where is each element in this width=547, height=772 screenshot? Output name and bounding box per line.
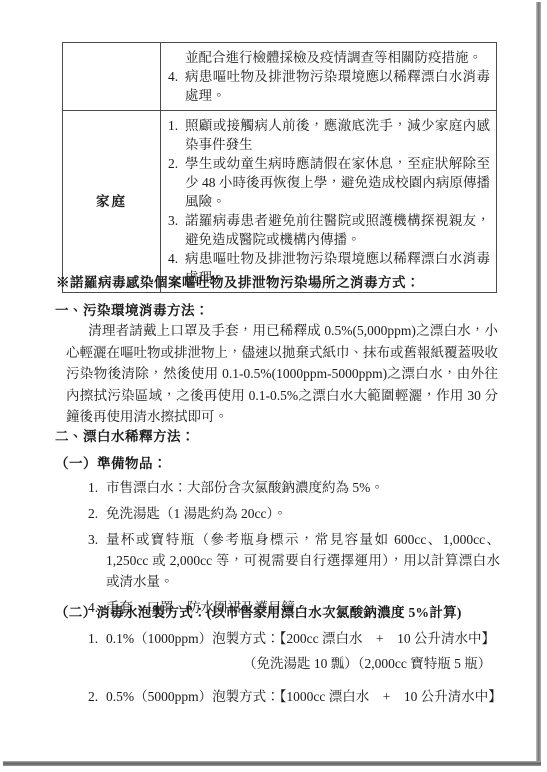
row-content-cell: 並配合進行檢體採檢及疫情調查等相關防疫措施。 4. 病患嘔吐物及排泄物污染環境應… <box>161 43 497 111</box>
item-text: 並配合進行檢體採檢及疫情調查等相關防疫措施。 <box>185 48 490 67</box>
item-number: 1. <box>88 477 106 498</box>
dilution-recipes-list: 1. 0.1%（1000ppm）泡製方式：【200cc 漂白水 + 10 公升清… <box>88 628 508 707</box>
list-item: 1. 市售漂白水：大部份含次氯酸鈉濃度約為 5%。 <box>88 477 500 498</box>
list-item: 1. 0.1%（1000ppm）泡製方式：【200cc 漂白水 + 10 公升清… <box>88 628 508 649</box>
doc-title: ※諾羅病毒感染個案嘔吐物及排泄物污染場所之消毒方式： <box>56 271 420 291</box>
item-text: 照顧或接觸病人前後，應澈底洗手，減少家庭內感染事件發生 <box>185 116 490 154</box>
spacer <box>88 674 508 686</box>
sub1-heading: （一）準備物品： <box>55 452 167 472</box>
section1-heading: 一、污染環境消毒方法： <box>55 299 209 319</box>
item-text: 諾羅病毒患者避免前往醫院或照護機構探視親友，避免造成醫院或機構內傳播。 <box>185 211 490 249</box>
row-content-cell: 1. 照顧或接觸病人前後，應澈底洗手，減少家庭內感染事件發生 2. 學生或幼童生… <box>161 111 497 293</box>
table-row-family: 家庭 1. 照顧或接觸病人前後，應澈底洗手，減少家庭內感染事件發生 2. 學生或… <box>63 111 497 293</box>
row-header-cell-empty <box>63 43 161 111</box>
item-number: 3. <box>168 211 185 249</box>
section1-paragraph: 清理者請戴上口罩及手套，用已稀釋成 0.5%(5,000ppm)之漂白水，小心輕… <box>66 320 498 428</box>
item-number: 3. <box>88 529 106 592</box>
table-list-item: 3. 諾羅病毒患者避免前往醫院或照護機構探視親友，避免造成醫院或機構內傳播。 <box>168 211 490 249</box>
item-number: 1. <box>168 116 185 154</box>
list-item: 3. 量杯或寶特瓶（參考瓶身標示，常見容量如 600cc、1,000cc、1,2… <box>88 529 500 592</box>
table-list-item: 2. 學生或幼童生病時應請假在家休息，至症狀解除至少 48 小時後再恢復上學，避… <box>168 154 490 211</box>
item-text: 免洗湯匙（1 湯匙約為 20cc）。 <box>106 503 500 524</box>
list-item: 2. 免洗湯匙（1 湯匙約為 20cc）。 <box>88 503 500 524</box>
item-number: 2. <box>88 503 106 524</box>
section2-heading: 二、漂白水稀釋方法： <box>55 425 195 445</box>
page-shadow-bottom <box>3 761 541 766</box>
sub2-heading: （二）消毒水泡製方式：(以市售家用漂白水次氯酸鈉濃度 5%計算) <box>55 601 462 621</box>
list-item: 2. 0.5%（5000ppm）泡製方式：【1000cc 漂白水 + 10 公升… <box>88 686 508 707</box>
table-list-item: 4. 病患嘔吐物及排泄物污染環境應以稀釋漂白水消毒處理。 <box>168 67 490 105</box>
item-text: 學生或幼童生病時應請假在家休息，至症狀解除至少 48 小時後再恢復上學，避免造成… <box>185 154 490 211</box>
table-list-item: 1. 照顧或接觸病人前後，應澈底洗手，減少家庭內感染事件發生 <box>168 116 490 154</box>
item-text: 量杯或寶特瓶（參考瓶身標示，常見容量如 600cc、1,000cc、1,250c… <box>106 529 500 592</box>
item-text: 0.5%（5000ppm）泡製方式：【1000cc 漂白水 + 10 公升清水中… <box>106 686 508 707</box>
table-row-continuation: 並配合進行檢體採檢及疫情調查等相關防疫措施。 4. 病患嘔吐物及排泄物污染環境應… <box>63 43 497 111</box>
item-number: 4. <box>168 67 185 105</box>
item-text: 市售漂白水：大部份含次氯酸鈉濃度約為 5%。 <box>106 477 500 498</box>
item-number: 1. <box>88 628 106 649</box>
guidance-table: 並配合進行檢體採檢及疫情調查等相關防疫措施。 4. 病患嘔吐物及排泄物污染環境應… <box>62 42 497 293</box>
item-text: 0.1%（1000ppm）泡製方式：【200cc 漂白水 + 10 公升清水中】 <box>106 628 508 649</box>
document-page: 並配合進行檢體採檢及疫情調查等相關防疫措施。 4. 病患嘔吐物及排泄物污染環境應… <box>0 0 547 772</box>
item-number <box>168 48 185 67</box>
recipe-note: （免洗湯匙 10 瓢）（2,000cc 寶特瓶 5 瓶） <box>88 653 508 674</box>
row-header-cell-family: 家庭 <box>63 111 161 293</box>
item-number: 2. <box>168 154 185 211</box>
table-list-item: 並配合進行檢體採檢及疫情調查等相關防疫措施。 <box>168 48 490 67</box>
item-number: 2. <box>88 686 106 707</box>
item-text: 病患嘔吐物及排泄物污染環境應以稀釋漂白水消毒處理。 <box>185 67 490 105</box>
page-shadow-right <box>536 2 541 765</box>
